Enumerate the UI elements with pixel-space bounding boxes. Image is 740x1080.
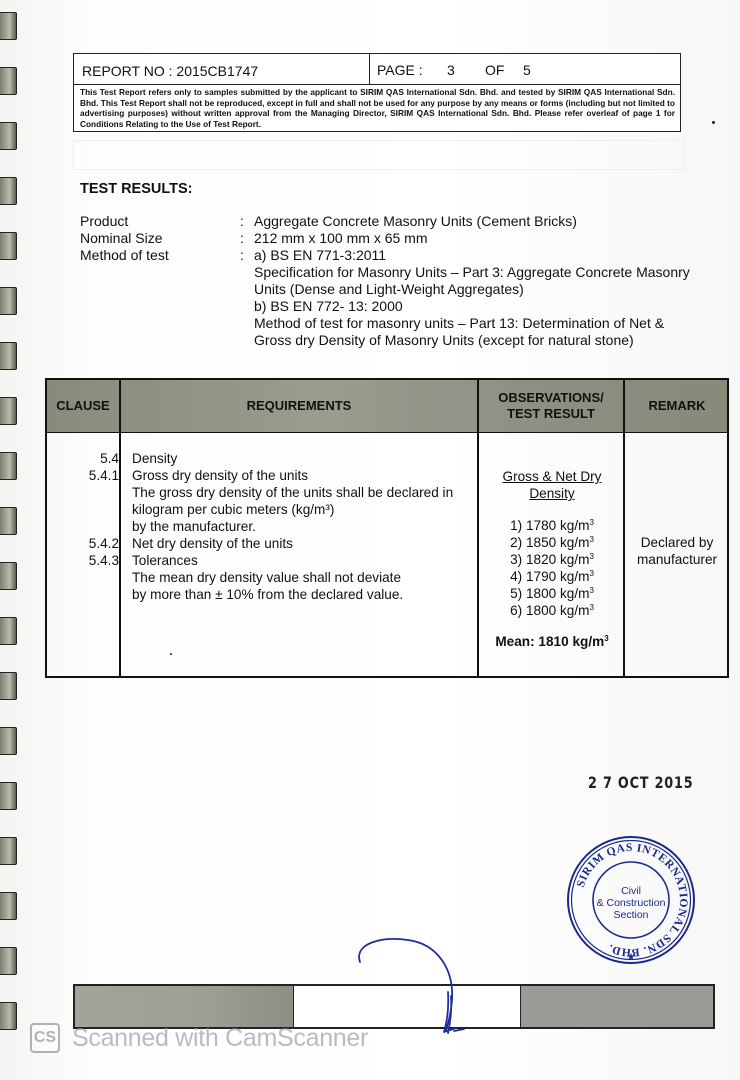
disclaimer: This Test Report refers only to samples … [74,85,680,131]
clause-number: 5.4 [55,450,119,467]
observations-column: Gross & Net Dry Density 1) 1780 kg/m32) … [479,468,625,650]
product-info: Product : Aggregate Concrete Masonry Uni… [80,213,704,349]
binding-ring [0,837,17,865]
remark-line: Declared by [627,534,727,551]
result-item: 3) 1820 kg/m3 [479,551,625,568]
star-icon: ★ [627,952,636,963]
binding-ring [0,67,17,95]
result-item: 2) 1850 kg/m3 [479,534,625,551]
unit-exponent: 3 [604,634,608,643]
size-label: Nominal Size [80,230,240,247]
page-indicator: PAGE : 3 OF 5 [370,54,680,84]
size-value: 212 mm x 100 mm x 65 mm [254,230,704,247]
requirement-text: Net dry density of the units [132,535,477,552]
method-line: Method of test for masonry units – Part … [254,315,704,349]
binding-ring [0,397,17,425]
header-remark: REMARK [625,380,729,432]
header-observations-line: TEST RESULT [507,406,595,422]
size-row: Nominal Size : 212 mm x 100 mm x 65 mm [80,230,704,247]
stamp-center-text: & Construction [597,897,666,909]
observation-title: Gross & Net Dry [479,468,625,485]
product-label: Product [80,213,240,230]
report-number: REPORT NO : 2015CB1747 [74,54,370,84]
section-title: TEST RESULTS: [80,181,193,197]
clause-number [55,501,119,518]
clause-number: 5.4.1 [55,467,119,484]
clause-column: 5.45.4.1 5.4.25.4.3 [55,450,119,603]
method-line: b) BS EN 772- 13: 2000 [254,298,704,315]
requirements-column: DensityGross dry density of the unitsThe… [132,450,477,603]
page-label: PAGE : [377,62,447,84]
report-header: REPORT NO : 2015CB1747 PAGE : 3 OF 5 Thi… [73,53,681,132]
camscanner-logo-icon: CS [30,1023,60,1053]
method-label: Method of test [80,247,240,349]
scanned-page: REPORT NO : 2015CB1747 PAGE : 3 OF 5 Thi… [0,0,740,1080]
requirement-text: Tolerances [132,552,477,569]
binding-ring [0,507,17,535]
requirement-text: kilogram per cubic meters (kg/m³) [132,501,477,518]
binding-ring [0,122,17,150]
page-of-label: OF [485,62,523,84]
header-clause: CLAUSE [47,380,119,432]
binding-ring [0,12,17,40]
clause-number: 5.4.2 [55,535,119,552]
result-item: 1) 1780 kg/m3 [479,517,625,534]
method-line: a) BS EN 771-3:2011 [254,247,704,264]
stamp-center-text: Section [613,909,648,921]
stamp-center-text: Civil [621,885,641,897]
remark-line: manufacturer [627,551,727,568]
binding-ring [0,342,17,370]
binding-ring [0,287,17,315]
header-observations: OBSERVATIONS/ TEST RESULT [479,380,623,432]
binding-ring [0,452,17,480]
method-value: a) BS EN 771-3:2011 Specification for Ma… [254,247,704,349]
speck [170,653,172,655]
speck [712,121,715,124]
requirement-text: by the manufacturer. [132,518,477,535]
result-item: 4) 1790 kg/m3 [479,568,625,585]
binding-ring [0,562,17,590]
binding-ring [0,782,17,810]
page-total: 5 [523,62,531,84]
camscanner-watermark: CS Scanned with CamScanner [30,1023,368,1053]
footer-shade-right [521,986,713,1027]
binding-ring [0,892,17,920]
company-stamp: SIRIM QAS INTERNATIONAL SDN. BHD. Civil … [565,834,697,966]
clause-number [55,586,119,603]
clause-number [55,484,119,501]
product-value: Aggregate Concrete Masonry Units (Cement… [254,213,704,230]
mean-value: 1810 [538,634,568,649]
colon: : [240,213,254,230]
binding-ring [0,1002,17,1030]
binding-ring [0,232,17,260]
unit: kg/m [572,634,604,649]
clause-number: 5.4.3 [55,552,119,569]
colon: : [240,247,254,349]
requirement-text: by more than ± 10% from the declared val… [132,586,477,603]
requirement-text: The gross dry density of the units shall… [132,484,477,501]
requirement-text: Density [132,450,477,467]
observation-title: Density [479,485,625,502]
clause-number [55,518,119,535]
report-number-value: 2015CB1747 [176,63,258,79]
method-row: Method of test : a) BS EN 771-3:2011 Spe… [80,247,704,349]
product-row: Product : Aggregate Concrete Masonry Uni… [80,213,704,230]
binding-ring [0,727,17,755]
bleed-through [73,140,685,170]
binding-ring [0,617,17,645]
remark-column: Declared by manufacturer [627,534,727,568]
header-observations-line: OBSERVATIONS/ [498,390,603,406]
results-table: CLAUSE REQUIREMENTS OBSERVATIONS/ TEST R… [45,378,729,678]
method-line: Specification for Masonry Units – Part 3… [254,264,704,298]
report-number-label: REPORT NO : [82,63,173,79]
footer-shade-left [75,986,294,1027]
colon: : [240,230,254,247]
camscanner-text: Scanned with CamScanner [72,1024,368,1053]
binding-ring [0,947,17,975]
result-list: 1) 1780 kg/m32) 1850 kg/m33) 1820 kg/m34… [479,517,625,619]
binding-ring [0,672,17,700]
header-requirements: REQUIREMENTS [121,380,477,432]
requirement-text: The mean dry density value shall not dev… [132,569,477,586]
result-item: 5) 1800 kg/m3 [479,585,625,602]
page-current: 3 [447,62,485,84]
mean-label: Mean: [495,634,534,649]
binding-ring [0,177,17,205]
requirement-text: Gross dry density of the units [132,467,477,484]
clause-number [55,569,119,586]
mean-result: Mean: 1810 kg/m3 [479,633,625,650]
result-item: 6) 1800 kg/m3 [479,602,625,619]
date-stamp: 2 7 OCT 2015 [588,773,693,792]
